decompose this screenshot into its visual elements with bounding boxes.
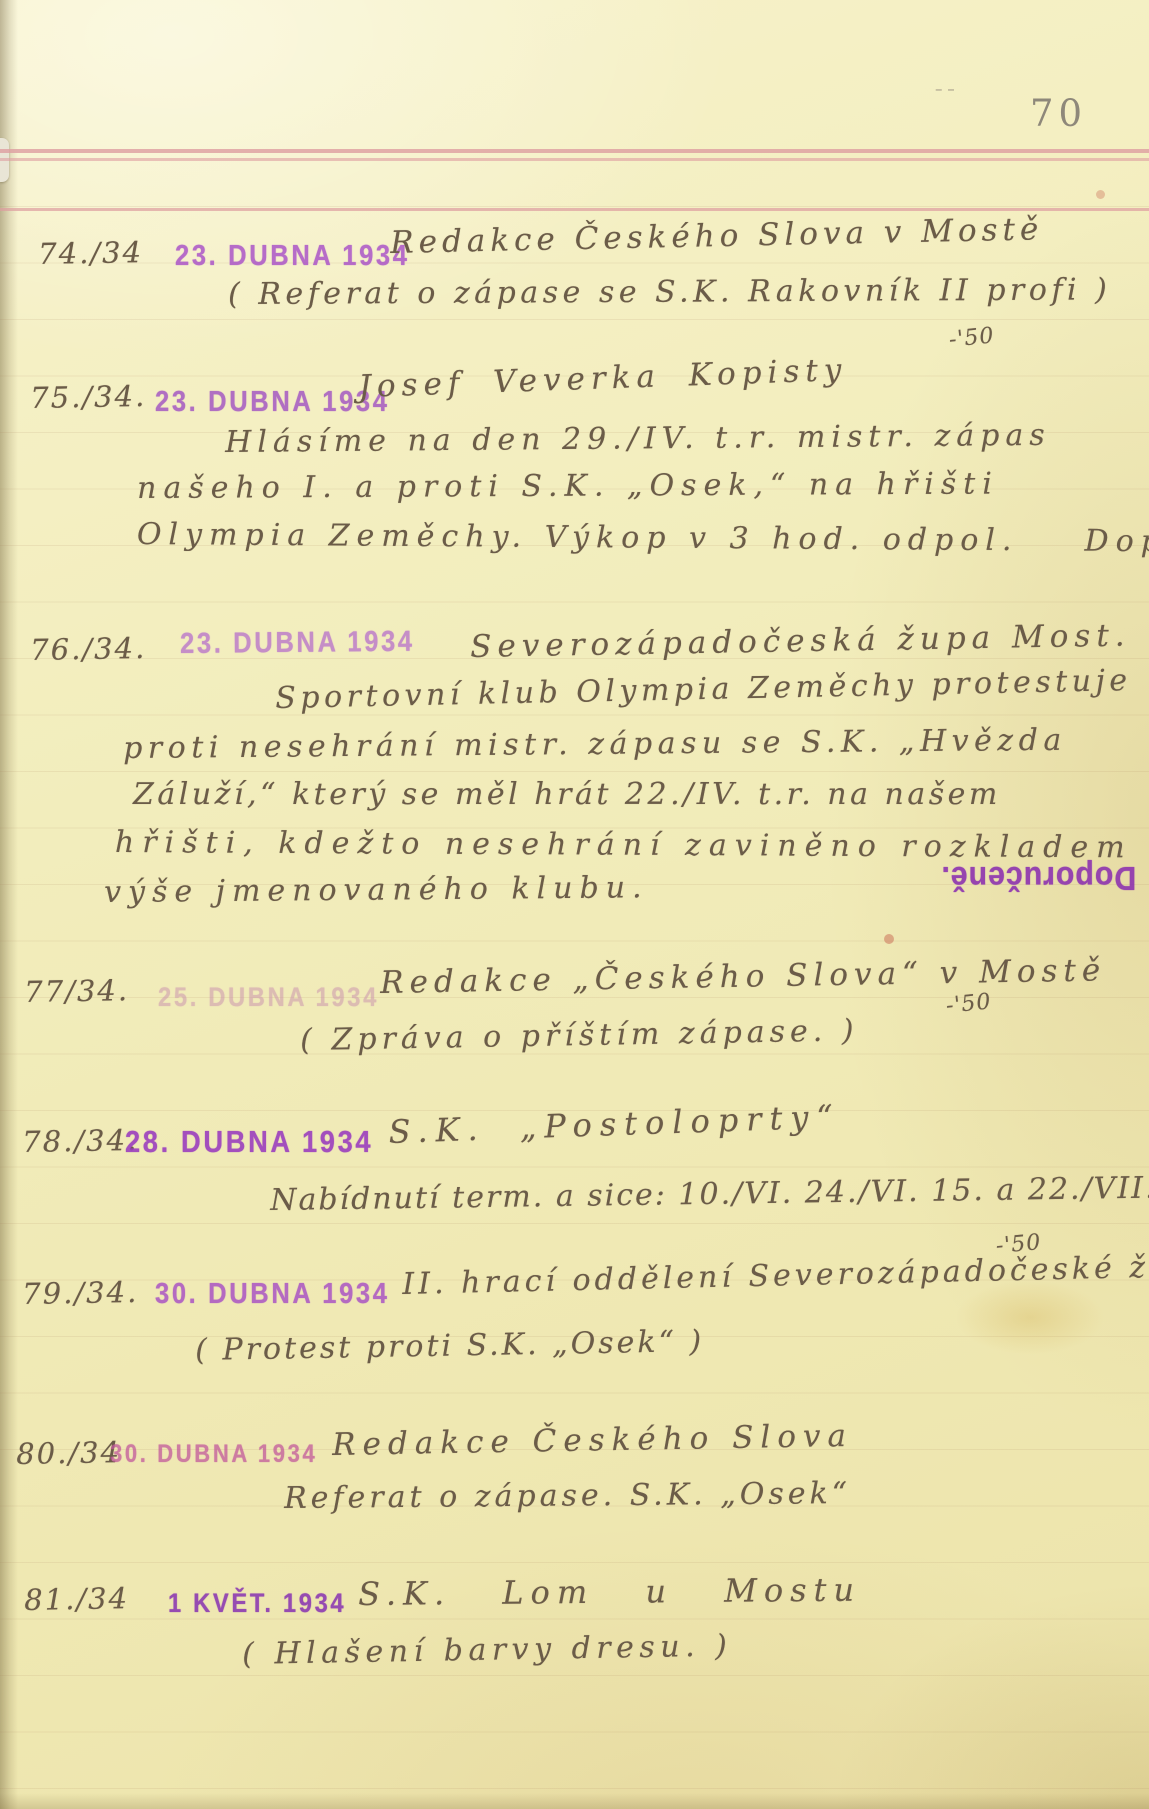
page-bottom-shadow [0,1793,1149,1809]
entry-number: 79./34. [22,1278,139,1309]
entry-heading: Redakce Českého Slova [332,1421,853,1461]
entry-line: Olympia Zeměchy. Výkop v 3 hod. odpol. D… [137,520,1149,558]
fee-note: -'50 [948,325,996,352]
entry-number: 74./34 [38,238,143,269]
date-stamp: 28. DUBNA 1934 [125,1126,373,1157]
date-stamp: 23. DUBNA 1934 [155,388,390,417]
date-stamp: 1 KVĚT. 1934 [168,1590,346,1617]
entry-line: Hlásíme na den 29./IV. t.r. mistr. zápas [225,421,1051,458]
date-stamp: 23. DUBNA 1934 [175,242,410,271]
entry-line: našeho I. a proti S.K. „Osek,“ na hřišti [137,469,999,504]
entry-number: 78./34. [22,1126,139,1157]
entry-number: 76./34. [30,634,147,665]
entry-number: 81./34 [24,1584,129,1615]
pink-rule-top-1 [0,149,1149,153]
entry-line: proti nesehrání mistr. zápasu se S.K. „H… [123,726,1067,764]
paper-speck [1096,190,1105,199]
entry-line: ( Protest proti S.K. „Osek“ ) [195,1327,704,1366]
entry-number: 80./34 [16,1438,121,1469]
date-stamp: 30. DUBNA 1934 [155,1280,390,1309]
date-stamp: 30. DUBNA 1934 [110,1442,317,1467]
entry-line: ( Hlašení barvy dresu. ) [242,1631,733,1670]
page-number: 70 [1030,92,1087,135]
entry-number: 77/34. [24,976,129,1007]
entry-line: ( Referat o zápase se S.K. Rakovník II p… [228,275,1111,310]
pink-rule-header [0,208,1149,211]
pink-rule-top-2 [0,158,1149,161]
pencil-marks: – – [935,80,955,98]
fee-note: -'50 [945,991,993,1018]
entry-line: výše jmenovaného klubu. [104,873,649,908]
date-stamp-faded: 25. DUBNA 1934 [158,984,379,1011]
entry-line: hřišti, kdežto nesehrání zaviněno rozkla… [115,828,1133,863]
ledger-page: – – 70 74./34 23. DUBNA 1934 Redakce Čes… [0,0,1149,1809]
entry-number: 75./34. [30,382,147,413]
entry-line: Referat o zápase. S.K. „Osek“ [284,1479,851,1514]
date-stamp: 23. DUBNA 1934 [180,628,415,659]
entry-heading: S.K. Lom u Mostu [358,1574,861,1610]
registered-stamp: Doporučeně. [941,862,1137,895]
entry-line: Záluží,“ který se měl hrát 22./IV. t.r. … [133,780,1001,810]
